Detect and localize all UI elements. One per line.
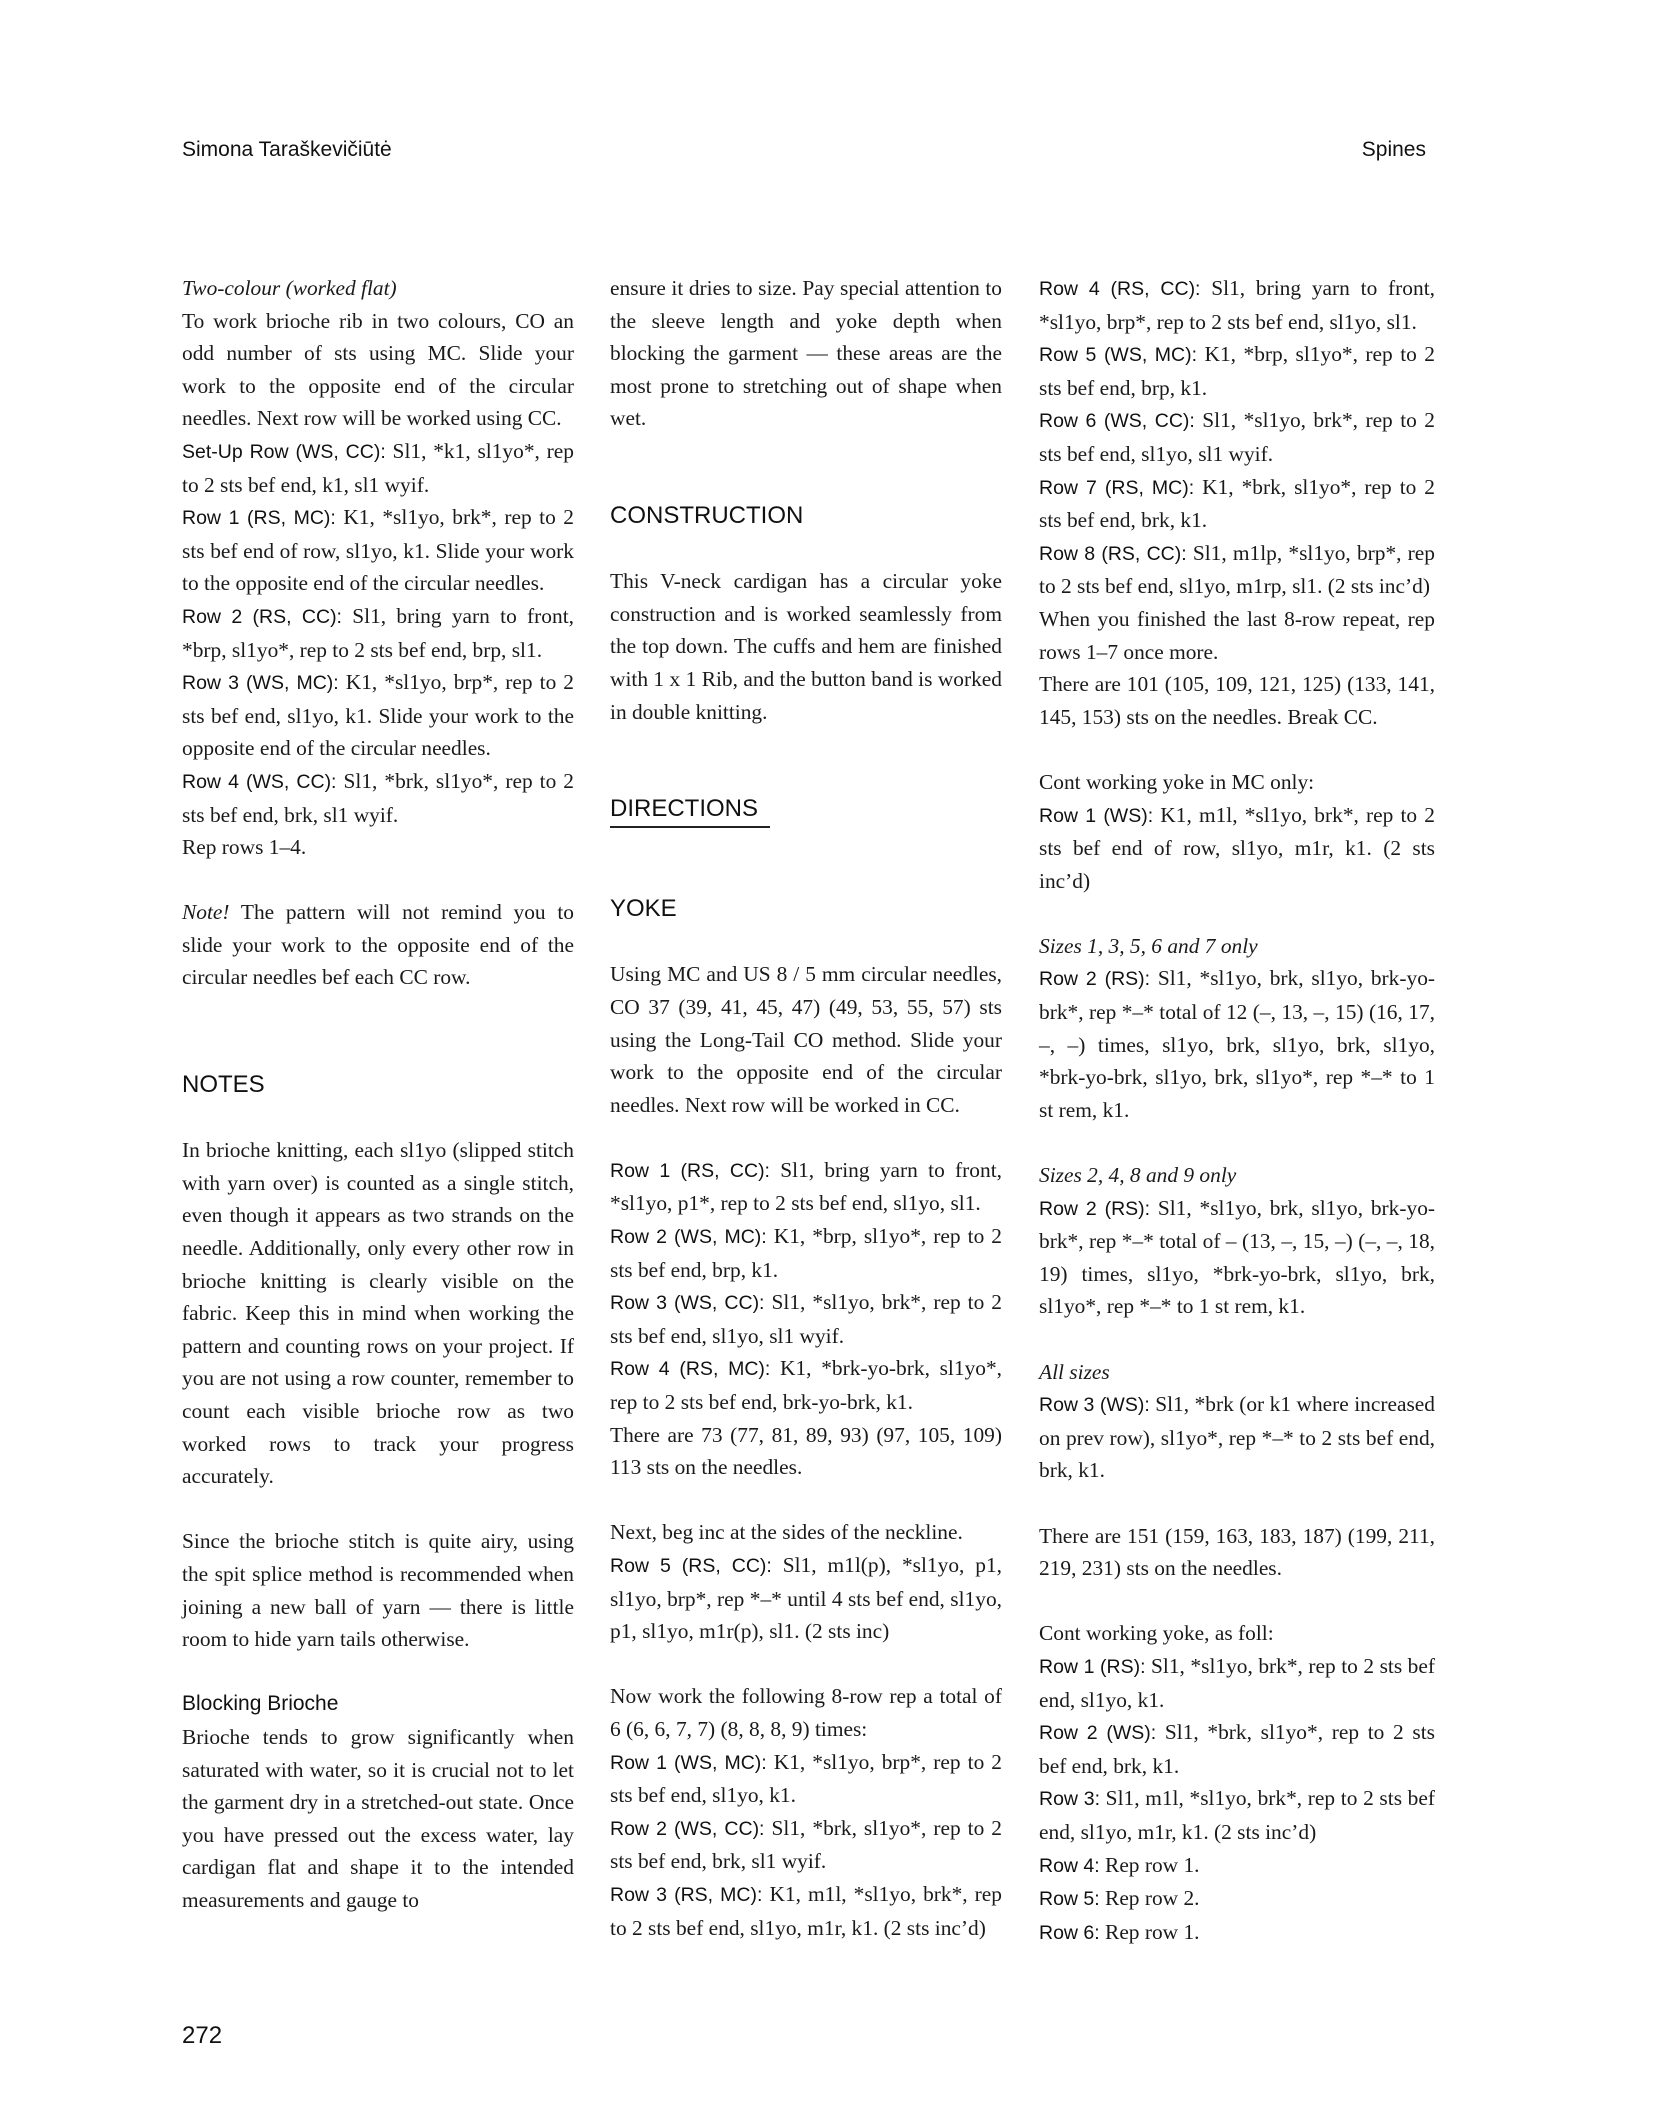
row-label: Set-Up Row (WS, CC): [182,441,386,463]
running-head-author: Simona Taraškevičiūtė [182,138,392,162]
paragraph-blocking: Brioche tends to grow significantly when… [182,1721,574,1917]
row-label: Row 4 (WS, CC): [182,771,336,793]
rep-rows-text: Rep rows 1–4. [182,831,574,864]
row-label: Row 2 (RS): [1039,1198,1150,1220]
column-3: Row 4 (RS, CC): Sl1, bring yarn to front… [1039,272,1435,1949]
row-label: Row 2 (WS, CC): [610,1818,764,1840]
instruction-row: Set-Up Row (WS, CC): Sl1, *k1, sl1yo*, r… [182,435,574,501]
instruction-row: Row 2 (RS, CC): Sl1, bring yarn to front… [182,600,574,666]
row-label: Row 6: [1039,1922,1100,1944]
row-label: Row 2 (WS, MC): [610,1226,767,1248]
row-text: Rep row 1. [1100,1853,1200,1877]
paragraph-mc-only: Cont working yoke in MC only: [1039,766,1435,799]
row-label: Row 3 (WS, CC): [610,1292,764,1314]
row-label: Row 1 (RS, MC): [182,507,336,529]
paragraph-notes-1: In brioche knitting, each sl1yo (slipped… [182,1134,574,1493]
row-label: Row 1 (RS): [1039,1656,1146,1678]
subheading-two-colour: Two-colour (worked flat) [182,272,574,305]
instruction-row: Row 2 (WS, CC): Sl1, *brk, sl1yo*, rep t… [610,1812,1002,1878]
paragraph-blocking-continued: ensure it dries to size. Pay special att… [610,272,1002,435]
instruction-row: Row 3 (WS, CC): Sl1, *sl1yo, brk*, rep t… [610,1286,1002,1352]
subheading-blocking-brioche: Blocking Brioche [182,1688,574,1721]
instruction-row: Row 4 (RS, CC): Sl1, bring yarn to front… [1039,272,1435,338]
row-label: Row 4 (RS, CC): [1039,278,1200,300]
row-label: Row 6 (WS, CC): [1039,410,1195,432]
row-label: Row 3 (RS, MC): [610,1884,762,1906]
instruction-row: Row 1 (WS): K1, m1l, *sl1yo, brk*, rep t… [1039,799,1435,898]
subheading-sizes-a: Sizes 1, 3, 5, 6 and 7 only [1039,930,1435,963]
row-text: Rep row 2. [1100,1886,1200,1910]
row-label: Row 1 (WS): [1039,805,1153,827]
instruction-row: Row 4 (WS, CC): Sl1, *brk, sl1yo*, rep t… [182,765,574,831]
row-label: Row 3 (WS, MC): [182,672,339,694]
instruction-row: Row 4: Rep row 1. [1039,1849,1435,1883]
section-heading-directions: DIRECTIONS [610,796,770,828]
instruction-row: Row 1 (RS, MC): K1, *sl1yo, brk*, rep to… [182,501,574,600]
row-label: Row 1 (WS, MC): [610,1752,767,1774]
paragraph-finished-repeat: When you finished the last 8-row repeat,… [1039,603,1435,668]
row-label: Row 8 (RS, CC): [1039,543,1187,565]
paragraph-notes-2: Since the brioche stitch is quite airy, … [182,1525,574,1655]
paragraph-cont-foll: Cont working yoke, as foll: [1039,1617,1435,1650]
subheading-sizes-b: Sizes 2, 4, 8 and 9 only [1039,1159,1435,1192]
instruction-row: Row 6 (WS, CC): Sl1, *sl1yo, brk*, rep t… [1039,404,1435,470]
row-label: Row 4: [1039,1855,1100,1877]
instruction-row: Row 6: Rep row 1. [1039,1916,1435,1950]
instruction-row: Row 3: Sl1, m1l, *sl1yo, brk*, rep to 2 … [1039,1782,1435,1848]
instruction-row: Row 5: Rep row 2. [1039,1882,1435,1916]
instruction-row: Row 8 (RS, CC): Sl1, m1lp, *sl1yo, brp*,… [1039,537,1435,603]
row-label: Row 3: [1039,1788,1100,1810]
instruction-row: Row 1 (WS, MC): K1, *sl1yo, brp*, rep to… [610,1746,1002,1812]
stitch-count: There are 73 (77, 81, 89, 93) (97, 105, … [610,1419,1002,1484]
note-text: The pattern will not remind you to slide… [182,900,574,989]
row-label: Row 5 (WS, MC): [1039,344,1197,366]
instruction-row: Row 2 (WS): Sl1, *brk, sl1yo*, rep to 2 … [1039,1716,1435,1782]
instruction-row: Row 2 (RS): Sl1, *sl1yo, brk, sl1yo, brk… [1039,1192,1435,1323]
row-label: Row 3 (WS): [1039,1394,1150,1416]
column-1: Two-colour (worked flat) To work brioche… [182,272,574,1917]
row-label: Row 7 (RS, MC): [1039,477,1194,499]
paragraph-yoke-intro: Using MC and US 8 / 5 mm circular needle… [610,958,1002,1121]
paragraph-eight-row-intro: Now work the following 8-row rep a total… [610,1680,1002,1745]
instruction-row: Row 1 (RS): Sl1, *sl1yo, brk*, rep to 2 … [1039,1650,1435,1716]
row-label: Row 2 (RS): [1039,968,1150,990]
page-number: 272 [182,2022,222,2050]
stitch-count: There are 151 (159, 163, 183, 187) (199,… [1039,1520,1435,1585]
running-head-title: Spines [1362,138,1426,162]
instruction-row: Row 3 (WS, MC): K1, *sl1yo, brp*, rep to… [182,666,574,765]
note-label: Note! [182,900,230,924]
instruction-row: Row 1 (RS, CC): Sl1, bring yarn to front… [610,1154,1002,1220]
column-2: ensure it dries to size. Pay special att… [610,272,1002,1944]
section-heading-notes: NOTES [182,1069,574,1102]
row-label: Row 5 (RS, CC): [610,1555,772,1577]
row-label: Row 2 (WS): [1039,1722,1156,1744]
row-label: Row 4 (RS, MC): [610,1358,770,1380]
paragraph-construction: This V-neck cardigan has a circular yoke… [610,565,1002,728]
instruction-row: Row 3 (RS, MC): K1, m1l, *sl1yo, brk*, r… [610,1878,1002,1944]
row-text: Rep row 1. [1100,1920,1200,1944]
instruction-row: Row 5 (WS, MC): K1, *brp, sl1yo*, rep to… [1039,338,1435,404]
section-heading-yoke: YOKE [610,893,1002,926]
subheading-all-sizes: All sizes [1039,1356,1435,1389]
paragraph-two-colour-intro: To work brioche rib in two colours, CO a… [182,305,574,435]
instruction-row: Row 2 (RS): Sl1, *sl1yo, brk, sl1yo, brk… [1039,962,1435,1126]
instruction-row: Row 3 (WS): Sl1, *brk (or k1 where incre… [1039,1388,1435,1487]
row-label: Row 1 (RS, CC): [610,1160,770,1182]
instruction-row: Row 2 (WS, MC): K1, *brp, sl1yo*, rep to… [610,1220,1002,1286]
row-label: Row 5: [1039,1888,1100,1910]
instruction-row: Row 5 (RS, CC): Sl1, m1l(p), *sl1yo, p1,… [610,1549,1002,1648]
instruction-row: Row 7 (RS, MC): K1, *brk, sl1yo*, rep to… [1039,471,1435,537]
section-heading-construction: CONSTRUCTION [610,500,1002,533]
stitch-count: There are 101 (105, 109, 121, 125) (133,… [1039,668,1435,733]
instruction-row: Row 4 (RS, MC): K1, *brk-yo-brk, sl1yo*,… [610,1352,1002,1418]
row-label: Row 2 (RS, CC): [182,606,342,628]
note-paragraph: Note! The pattern will not remind you to… [182,896,574,994]
paragraph-next-inc: Next, beg inc at the sides of the neckli… [610,1516,1002,1549]
